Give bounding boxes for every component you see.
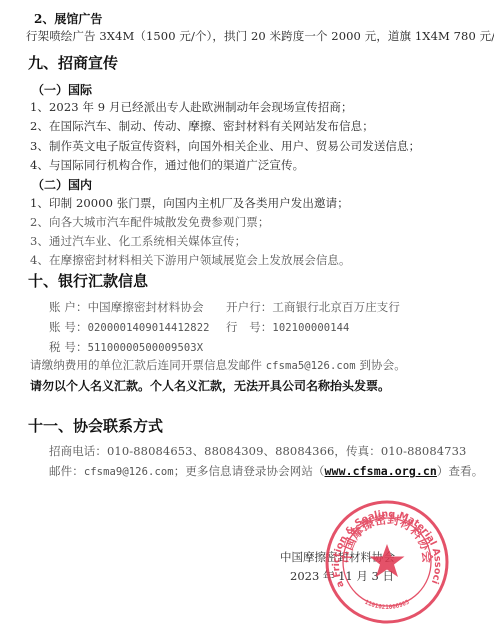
domestic-item-1: 1、印制 20000 张门票，向国内主机厂及各类用户发出邀请； [30,195,349,211]
email-label: 邮件： [49,464,84,478]
account-no-row: 账 号：0200001409014412822 [49,319,210,335]
international-subheading: （一）国际 [32,81,92,98]
contact-email[interactable]: cfsma9@126.com [84,466,174,478]
website-suffix: ）查看。 [437,464,483,478]
seal-code: 1101021006905 [363,598,410,611]
intl-item-4: 4、与国际同行机构合作，通过他们的渠道广泛宣传。 [30,157,304,173]
bank-code-row: 行 号：102100000144 [226,319,349,335]
contact-phone-line: 招商电话：010-88084653、88084309、88084366，传真：0… [49,443,466,459]
tax-no-row: 税 号：51100000500009503X [49,339,203,355]
bank-code-label: 行 号： [226,320,272,334]
intl-item-3: 3、制作英文电子版宣传资料，向国外相关企业、用户、贸易公司发送信息； [30,138,420,154]
exhibition-ads-subheading: 2、展馆广告 [34,10,102,27]
remittance-note: 请缴纳费用的单位汇款后连同开票信息发邮件 cfsma5@126.com 到协会。 [30,357,406,373]
bank-value: 工商银行北京百万庄支行 [272,300,400,314]
personal-remittance-warning: 请勿以个人名义汇款。个人名义汇款，无法开具公司名称抬头发票。 [30,377,390,394]
bank-label: 开户行： [226,300,272,314]
exhibition-ads-text: 行架喷绘广告 3X4M（1500 元/个），拱门 20 米跨度一个 2000 元… [26,28,494,44]
section-9-title: 九、招商宣传 [28,52,118,73]
account-no-value: 0200001409014412822 [88,322,210,334]
account-name-value: 中国摩擦密封材料协会 [88,300,204,314]
domestic-item-3: 3、通过汽车业、化工系统相关媒体宣传； [30,233,246,249]
account-name-label: 账 户： [49,300,88,314]
contact-email-line: 邮件：cfsma9@126.com；更多信息请登录协会网站（www.cfsma.… [49,463,483,479]
website-link[interactable]: www.cfsma.org.cn [325,464,437,478]
bank-code-value: 102100000144 [272,322,349,334]
account-name-row: 账 户：中国摩擦密封材料协会 [49,299,204,315]
intl-item-2: 2、在国际汽车、制动、传动、摩擦、密封材料有关网站发布信息； [30,118,374,134]
intl-item-1: 1、2023 年 9 月已经派出专人赴欧洲制动年会现场宣传招商； [30,99,353,115]
account-no-label: 账 号： [49,320,88,334]
official-seal-stamp: China Friction & Sealing Material Associ… [323,498,451,626]
section-10-title: 十、银行汇款信息 [28,270,148,291]
domestic-item-4: 4、在摩擦密封材料相关下游用户领域展览会上发放展会信息。 [30,252,351,268]
website-intro: ；更多信息请登录协会网站（ [174,464,325,478]
remittance-email[interactable]: cfsma5@126.com [266,360,356,372]
domestic-item-2: 2、向各大城市汽车配件城散发免费参观门票； [30,214,269,230]
remittance-note-text: 请缴纳费用的单位汇款后连同开票信息发邮件 [30,358,262,372]
tax-no-label: 税 号： [49,340,88,354]
seal-star-icon [370,544,405,577]
domestic-subheading: （二）国内 [32,176,92,193]
remittance-note-suffix: 到协会。 [359,358,405,372]
tax-no-value: 51100000500009503X [88,342,204,354]
bank-row: 开户行：工商银行北京百万庄支行 [226,299,400,315]
section-11-title: 十一、协会联系方式 [28,415,163,436]
